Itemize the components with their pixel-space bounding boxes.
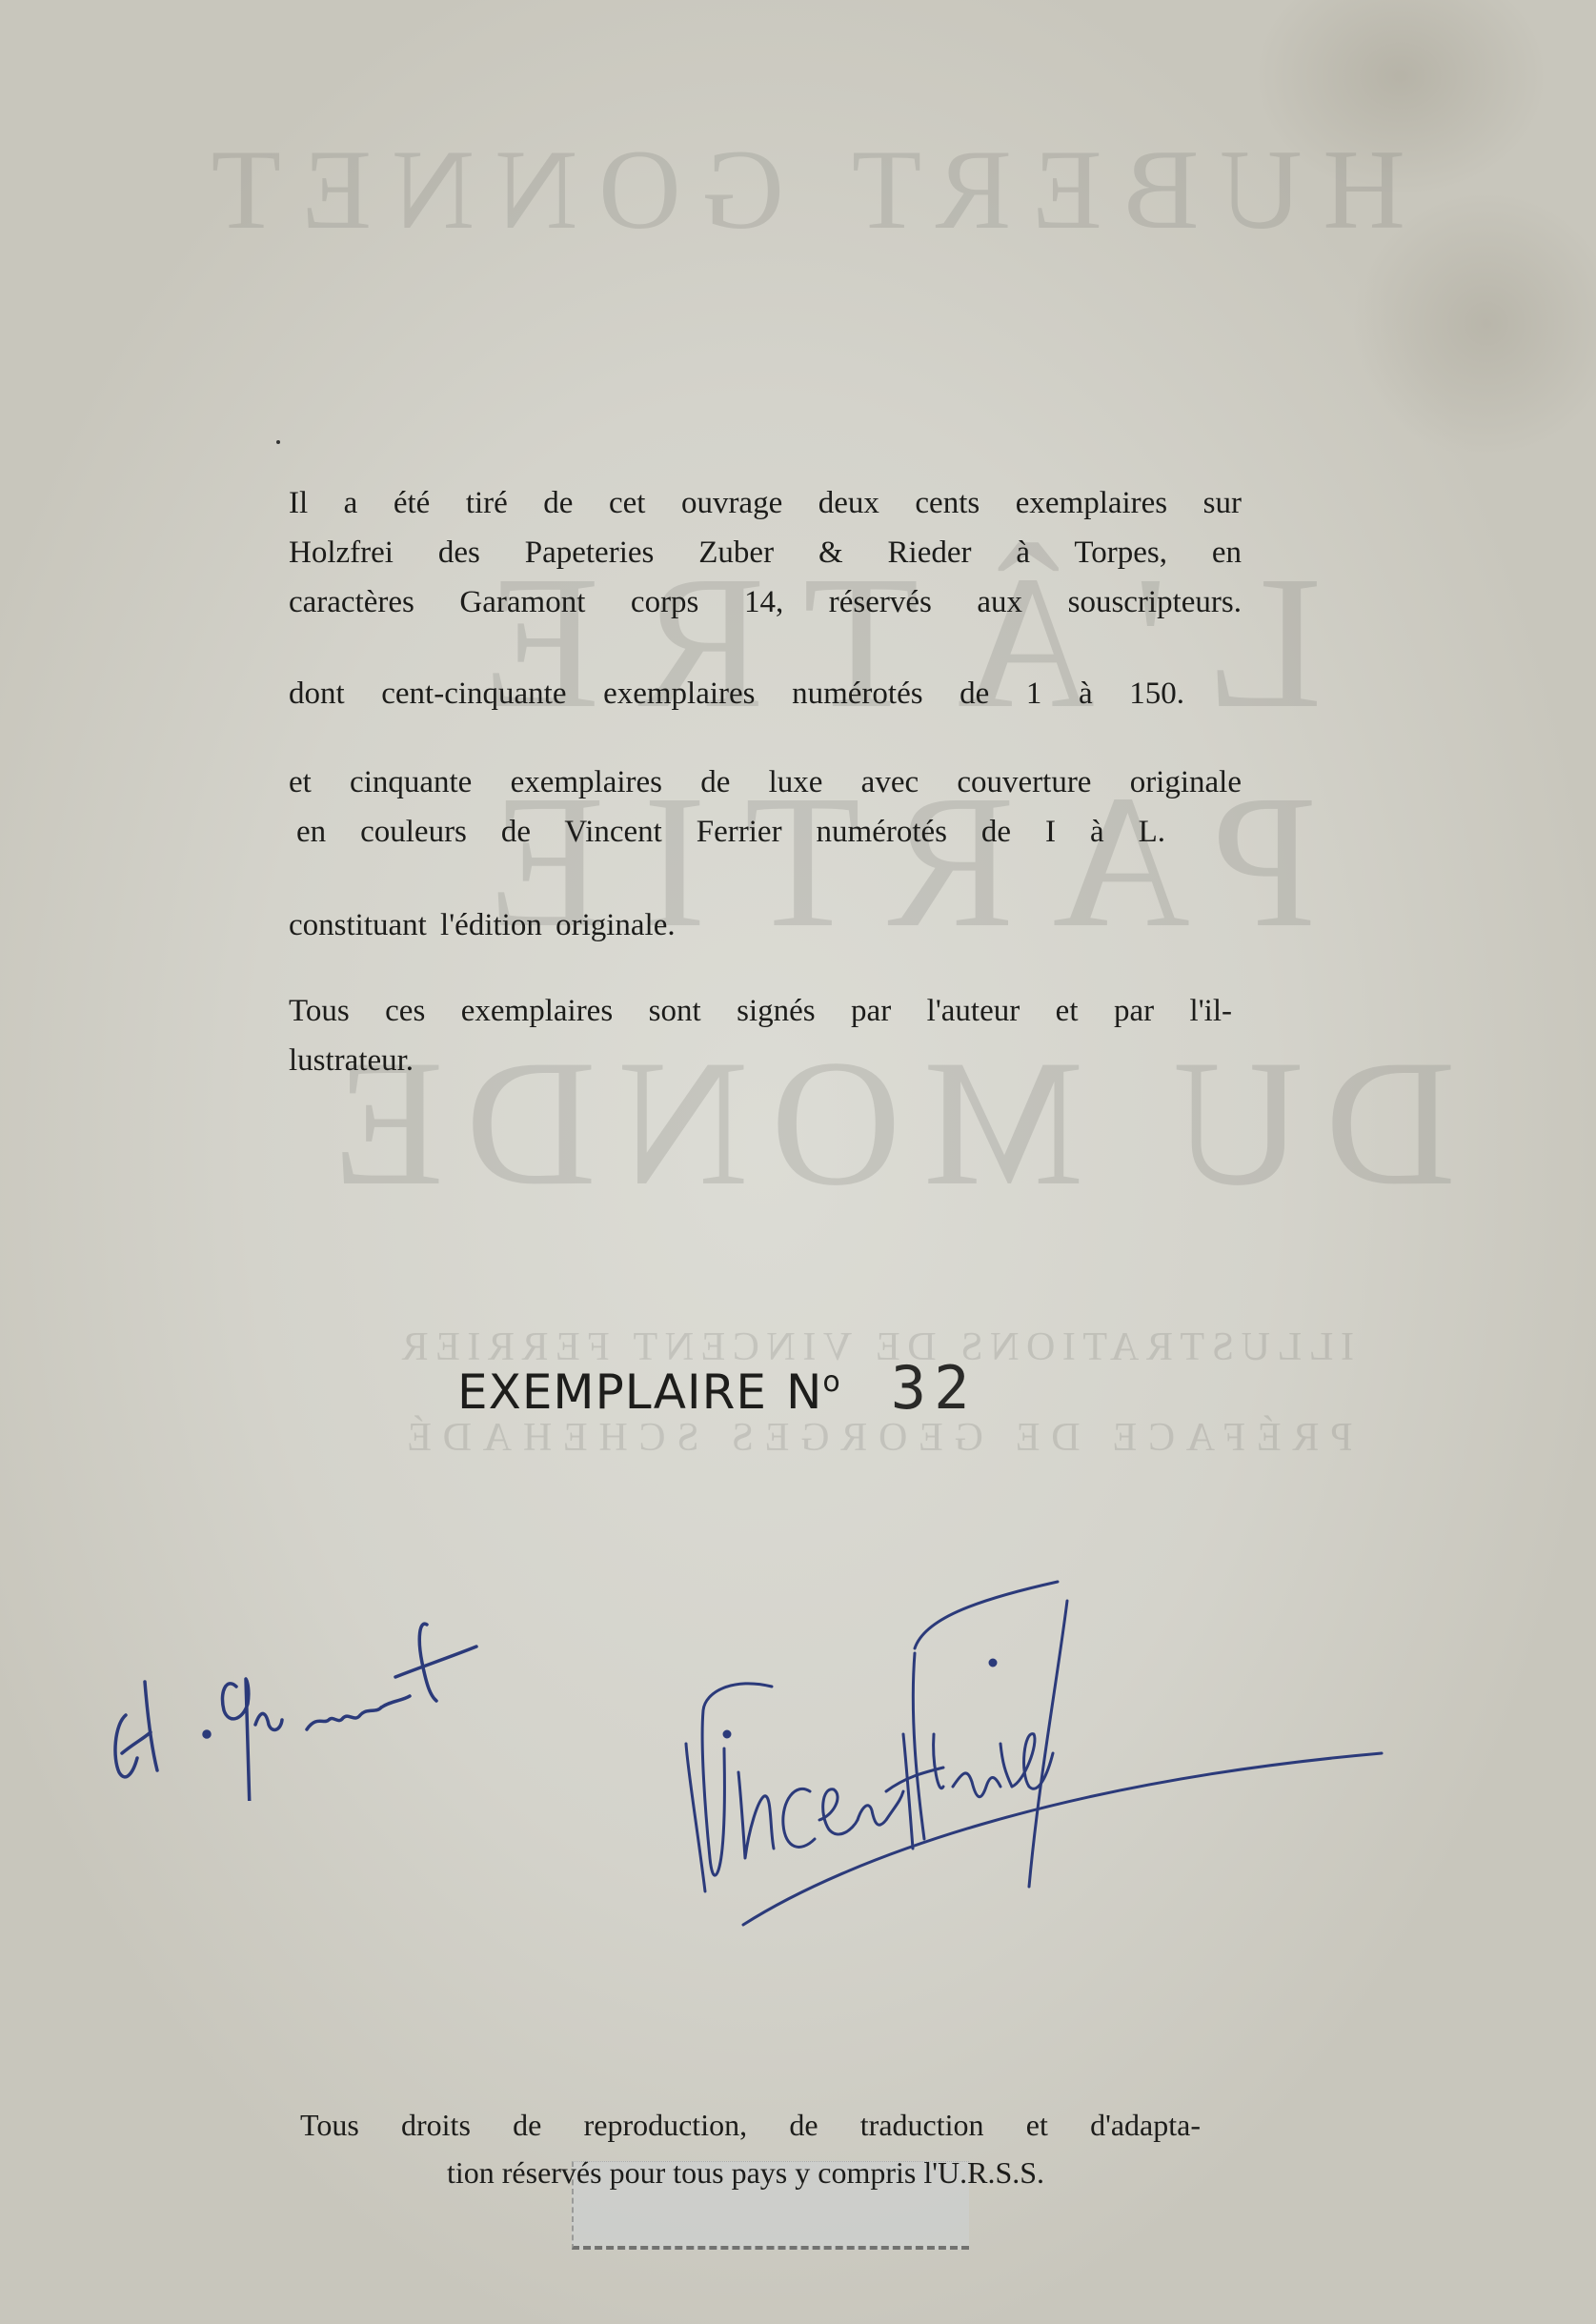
colophon-paragraph-luxe: et cinquante exemplaires de luxe avec co…: [289, 758, 1242, 857]
show-through-author: HUBERT GONNET: [0, 124, 1596, 255]
rights-notice-line-2: tion réservés pour tous pays y compris l…: [300, 2149, 1201, 2196]
colophon-paragraph-original-edition: constituant l'édition originale.: [289, 900, 1242, 950]
copy-number-label: EXEMPLAIRE: [457, 1364, 767, 1420]
text-line: dont cent-cinquante exemplaires numéroté…: [289, 669, 1184, 718]
rights-notice: Tous droits de reproduction, de traducti…: [300, 2101, 1201, 2196]
text-line: Holzfrei des Papeteries Zuber & Rieder à…: [289, 528, 1242, 577]
colophon-page: HUBERT GONNET L'ÂTRE PARTIE DU MONDE ILL…: [0, 0, 1596, 2324]
author-signature: [105, 1582, 486, 1801]
text-line: Tous ces exemplaires sont signés par l'a…: [289, 986, 1232, 1036]
text-line: en couleurs de Vincent Ferrier numérotés…: [296, 807, 1165, 857]
text-line: constituant l'édition originale.: [289, 900, 1242, 950]
text-line: et cinquante exemplaires de luxe avec co…: [289, 758, 1242, 807]
illustrator-signature: [657, 1544, 1401, 1944]
colophon-paragraph-signed: Tous ces exemplaires sont signés par l'a…: [289, 986, 1242, 1085]
number-sign: No: [786, 1364, 841, 1420]
ink-speck: [276, 440, 280, 444]
colophon-paragraph-numbered: dont cent-cinquante exemplaires numéroté…: [289, 669, 1184, 718]
rights-notice-line-1: Tous droits de reproduction, de traducti…: [300, 2101, 1201, 2149]
text-line: caractères Garamont corps 14, réservés a…: [289, 577, 1242, 627]
text-line: Il a été tiré de cet ouvrage deux cents …: [289, 478, 1242, 528]
copy-number: EXEMPLAIRE No 32: [457, 1353, 977, 1423]
copy-number-value: 32: [891, 1353, 978, 1423]
text-line: lustrateur.: [289, 1036, 1242, 1085]
colophon-paragraph-print-run: Il a été tiré de cet ouvrage deux cents …: [289, 478, 1242, 627]
